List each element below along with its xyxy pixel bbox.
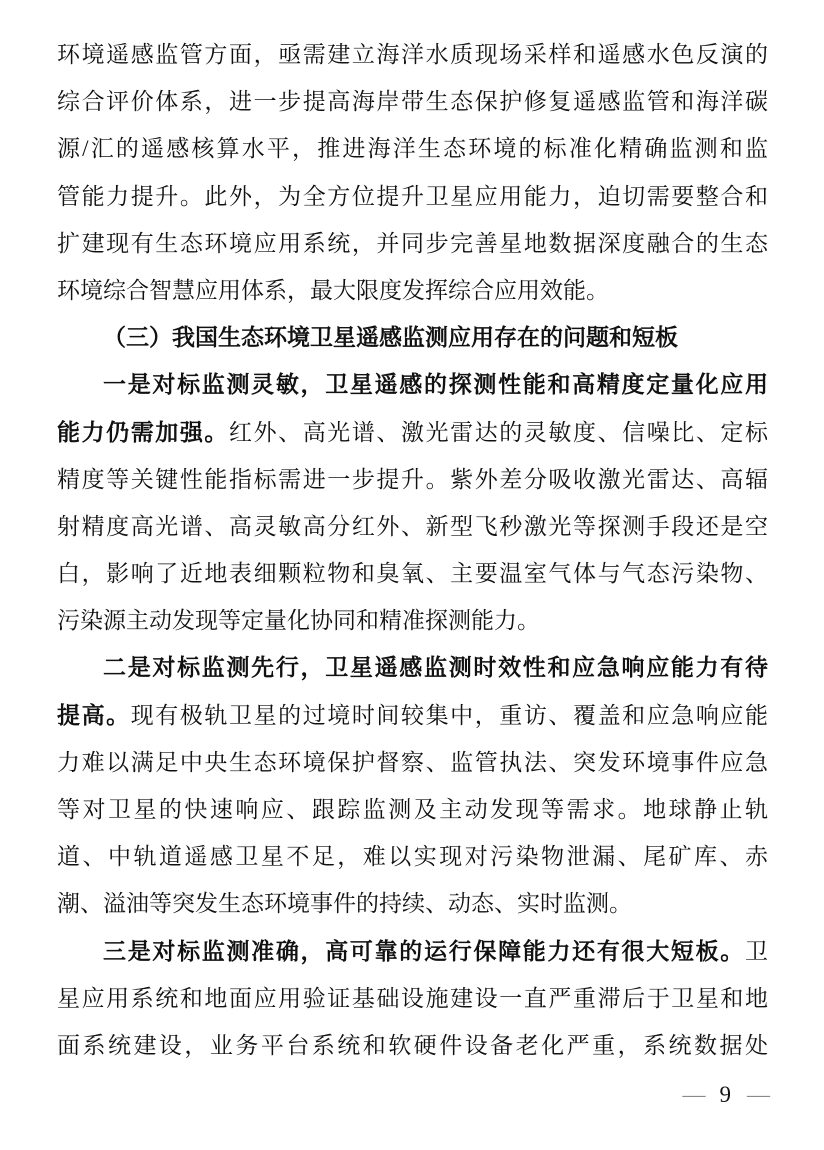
text-run: 力难以满足中央生态环境保护督察、监管执法、突发环境事件应急 [57, 750, 768, 775]
text-run: 扩建现有生态环境应用系统，并同步完善星地数据深度融合的生态 [57, 231, 768, 256]
text-line: 污染源主动发现等定量化协同和精准探测能力。 [57, 597, 768, 644]
document-body: 环境遥感监管方面，亟需建立海洋水质现场采样和遥感水色反演的 综合评价体系，进一步… [57, 31, 768, 1069]
text-line: 二是对标监测先行，卫星遥感监测时效性和应急响应能力有待 [57, 644, 768, 691]
bold-run: 提高。 [57, 703, 131, 728]
text-line: 环境遥感监管方面，亟需建立海洋水质现场采样和遥感水色反演的 [57, 31, 768, 78]
page-footer: —9— [57, 1080, 768, 1110]
text-line: 管能力提升。此外，为全方位提升卫星应用能力，迫切需要整合和 [57, 173, 768, 220]
text-line: 道、中轨道遥感卫星不足，难以实现对污染物泄漏、尾矿库、赤 [57, 833, 768, 880]
text-run: 污染源主动发现等定量化协同和精准探测能力。 [57, 608, 540, 633]
text-run: 红外、高光谱、激光雷达的灵敏度、信噪比、定标 [229, 420, 768, 445]
text-run: 精度等关键性能指标需进一步提升。紫外差分吸收激光雷达、高辐 [57, 467, 768, 492]
text-line: 射精度高光谱、高灵敏高分红外、新型飞秒激光等探测手段还是空 [57, 503, 768, 550]
bold-run: 能力仍需加强。 [57, 420, 229, 445]
footer-dash-left: — [683, 1082, 704, 1107]
bold-run: 一是对标监测灵敏，卫星遥感的探测性能和高精度定量化应用 [103, 372, 768, 397]
text-line: 源/汇的遥感核算水平，推进海洋生态环境的标准化精确监测和监 [57, 125, 768, 172]
text-run: 道、中轨道遥感卫星不足，难以实现对污染物泄漏、尾矿库、赤 [57, 844, 768, 869]
text-line: 能力仍需加强。红外、高光谱、激光雷达的灵敏度、信噪比、定标 [57, 409, 768, 456]
text-line: 三是对标监测准确，高可靠的运行保障能力还有很大短板。卫 [57, 928, 768, 975]
text-run: 环境遥感监管方面，亟需建立海洋水质现场采样和遥感水色反演的 [57, 42, 768, 67]
text-line: 环境综合智慧应用体系，最大限度发挥综合应用效能。 [57, 267, 768, 314]
text-line: 扩建现有生态环境应用系统，并同步完善星地数据深度融合的生态 [57, 220, 768, 267]
text-run: 白，影响了近地表细颗粒物和臭氧、主要温室气体与气态污染物、 [57, 561, 768, 586]
text-run: 射精度高光谱、高灵敏高分红外、新型飞秒激光等探测手段还是空 [57, 514, 768, 539]
text-run: 现有极轨卫星的过境时间较集中，重访、覆盖和应急响应能 [131, 703, 768, 728]
text-run: 卫 [745, 939, 768, 964]
text-line: 白，影响了近地表细颗粒物和臭氧、主要温室气体与气态污染物、 [57, 550, 768, 597]
text-run: 等对卫星的快速响应、跟踪监测及主动发现等需求。地球静止轨 [57, 797, 768, 822]
page-number: 9 [720, 1082, 732, 1107]
text-line: 力难以满足中央生态环境保护督察、监管执法、突发环境事件应急 [57, 739, 768, 786]
text-line: 等对卫星的快速响应、跟踪监测及主动发现等需求。地球静止轨 [57, 786, 768, 833]
text-run: 综合评价体系，进一步提高海岸带生态保护修复遥感监管和海洋碳 [57, 89, 768, 114]
text-run: 管能力提升。此外，为全方位提升卫星应用能力，迫切需要整合和 [57, 184, 768, 209]
text-line: 一是对标监测灵敏，卫星遥感的探测性能和高精度定量化应用 [57, 361, 768, 408]
section-heading: （三）我国生态环境卫星遥感监测应用存在的问题和短板 [57, 314, 768, 361]
text-line: 面系统建设，业务平台系统和软硬件设备老化严重，系统数据处 [57, 1022, 768, 1069]
text-line: 精度等关键性能指标需进一步提升。紫外差分吸收激光雷达、高辐 [57, 456, 768, 503]
document-page: 环境遥感监管方面，亟需建立海洋水质现场采样和遥感水色反演的 综合评价体系，进一步… [0, 0, 824, 1150]
text-line: 星应用系统和地面应用验证基础设施建设一直严重滞后于卫星和地 [57, 975, 768, 1022]
bold-run: 三是对标监测准确，高可靠的运行保障能力还有很大短板。 [103, 939, 745, 964]
text-line: 综合评价体系，进一步提高海岸带生态保护修复遥感监管和海洋碳 [57, 78, 768, 125]
text-line: 提高。现有极轨卫星的过境时间较集中，重访、覆盖和应急响应能 [57, 692, 768, 739]
text-run: 星应用系统和地面应用验证基础设施建设一直严重滞后于卫星和地 [57, 986, 768, 1011]
heading-text: （三）我国生态环境卫星遥感监测应用存在的问题和短板 [103, 325, 678, 350]
text-run: 面系统建设，业务平台系统和软硬件设备老化严重，系统数据处 [57, 1033, 768, 1058]
bold-run: 二是对标监测先行，卫星遥感监测时效性和应急响应能力有待 [103, 655, 768, 680]
text-run: 环境综合智慧应用体系，最大限度发挥综合应用效能。 [57, 278, 609, 303]
footer-dash-right: — [747, 1082, 768, 1107]
text-run: 源/汇的遥感核算水平，推进海洋生态环境的标准化精确监测和监 [57, 136, 768, 161]
text-line: 潮、溢油等突发生态环境事件的持续、动态、实时监测。 [57, 880, 768, 927]
text-run: 潮、溢油等突发生态环境事件的持续、动态、实时监测。 [57, 891, 632, 916]
